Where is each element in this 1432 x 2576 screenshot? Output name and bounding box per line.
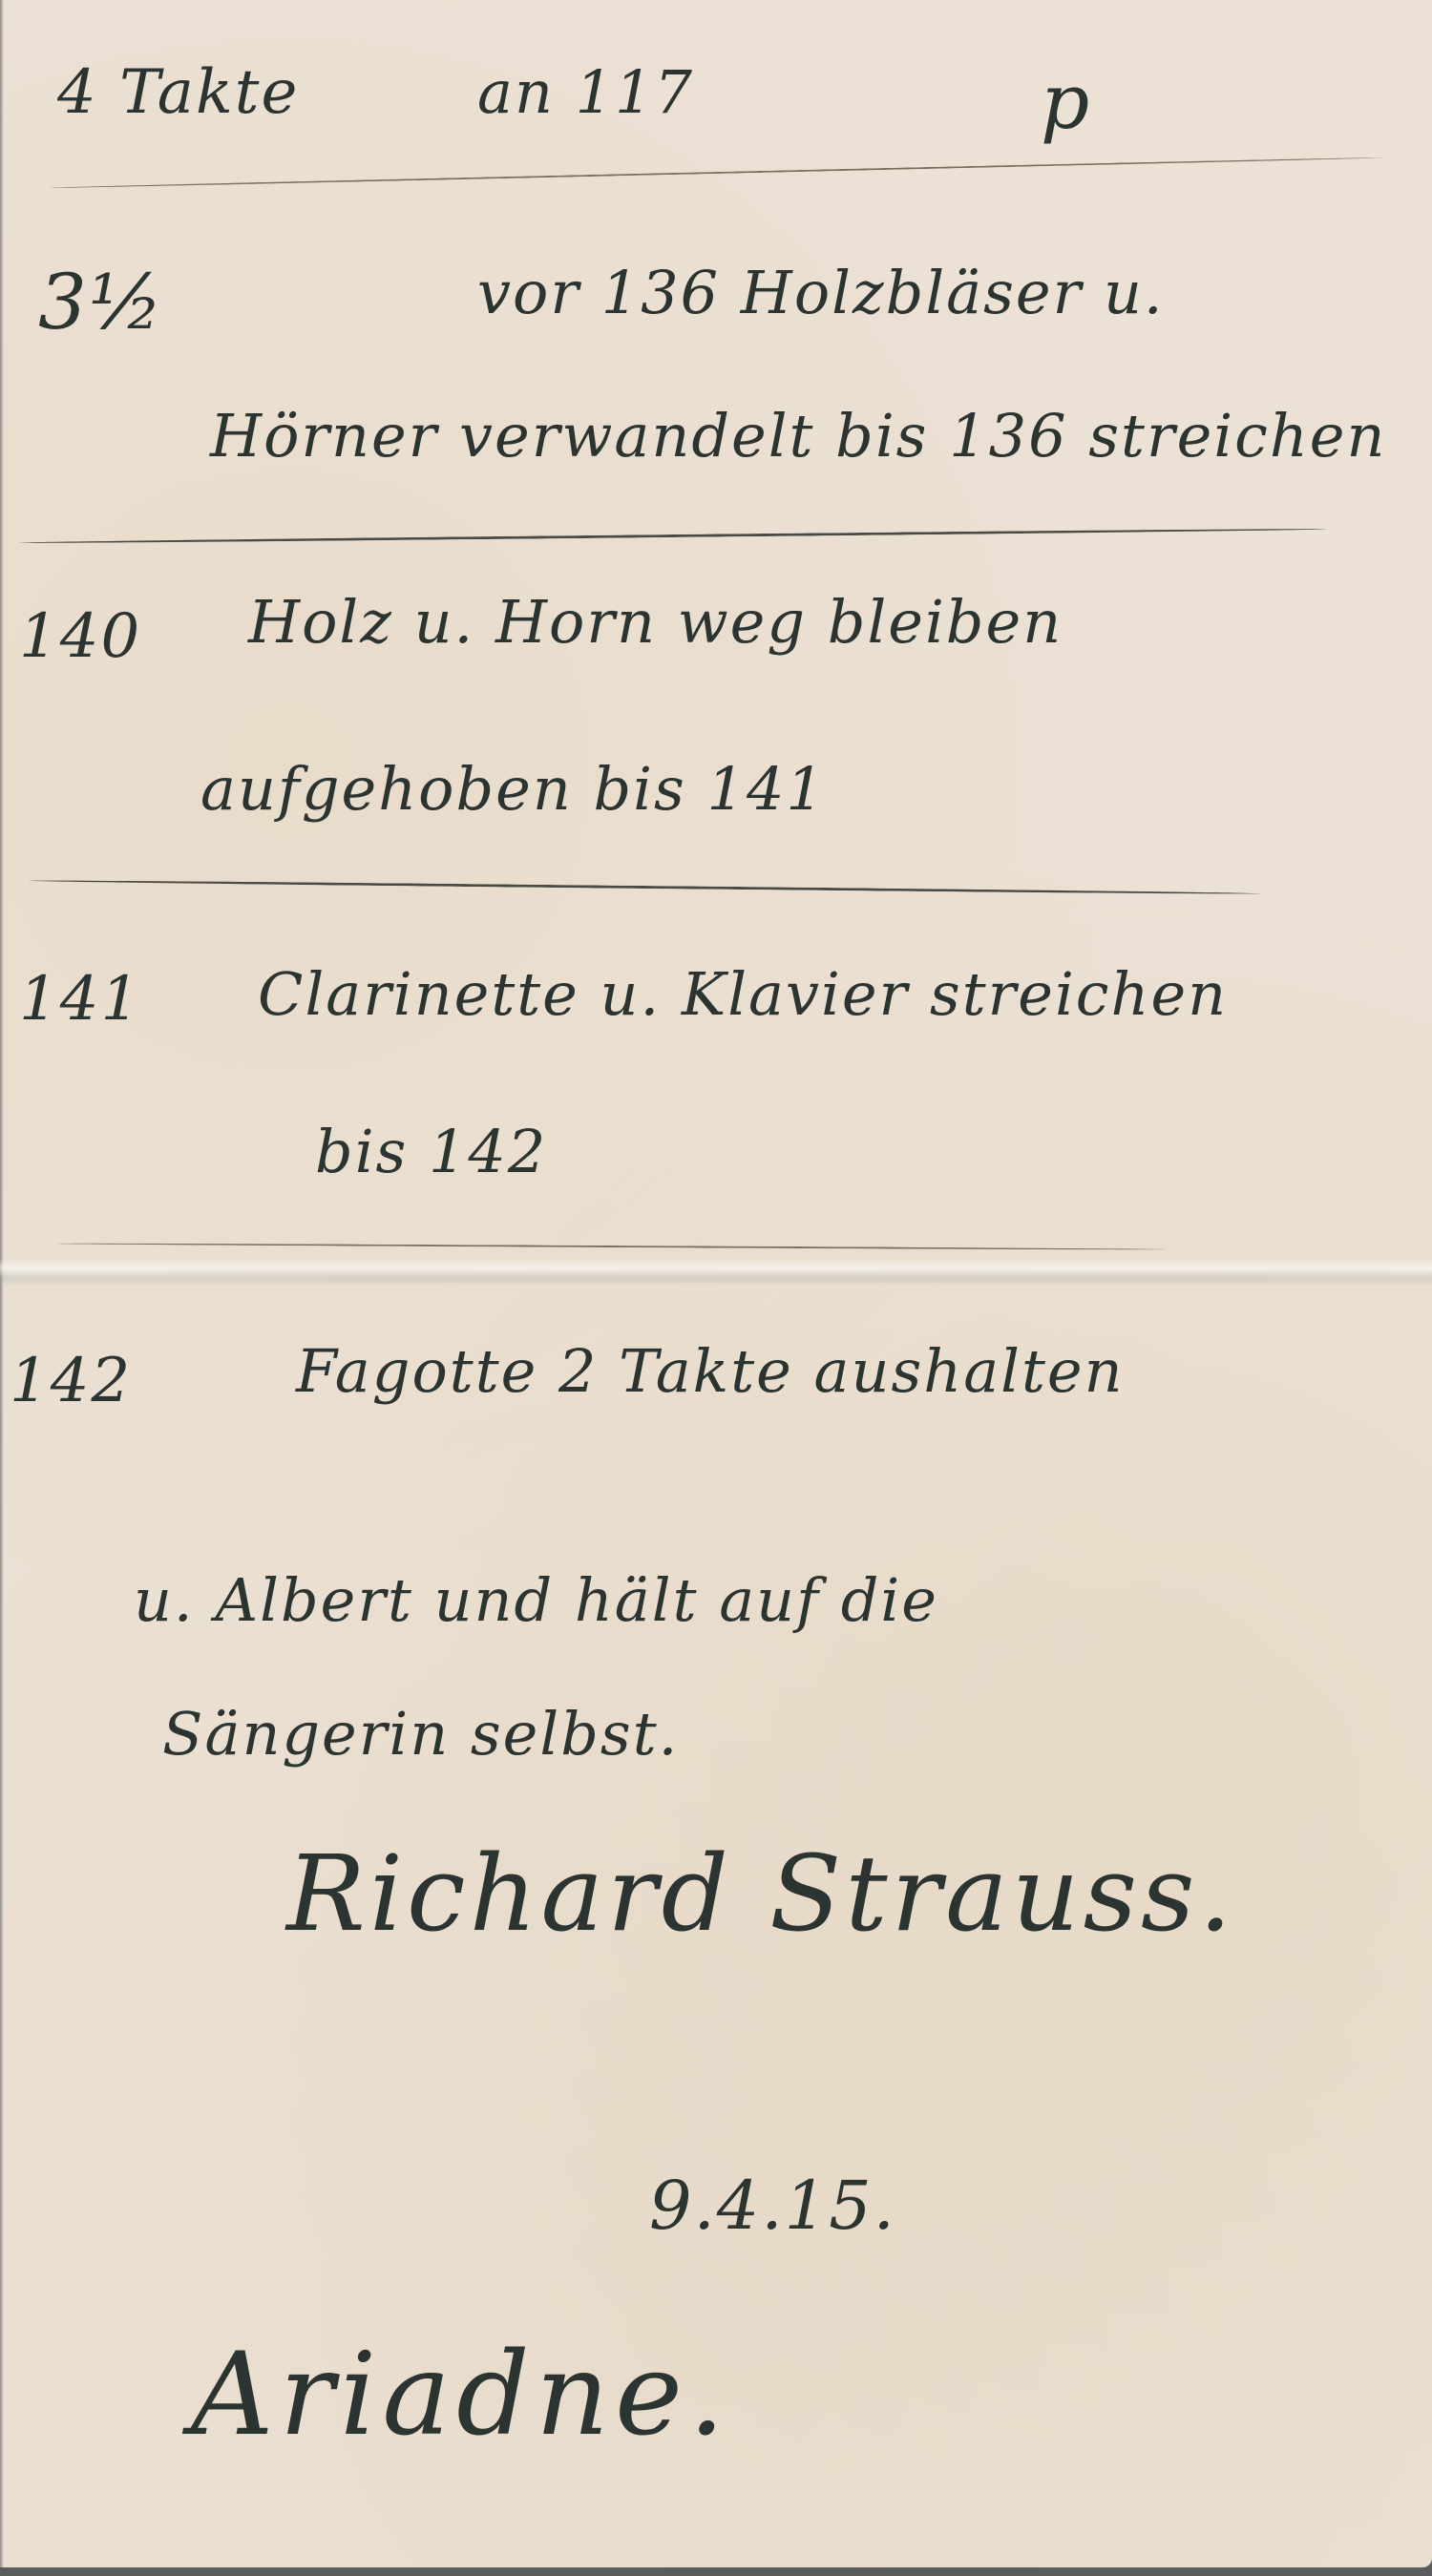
entry-5-measure: 142 xyxy=(10,1346,132,1416)
paper-fold-crease xyxy=(0,1258,1432,1287)
entry-2-measure: 3½ xyxy=(38,258,164,346)
entry-3-text: Holz u. Horn weg bleiben xyxy=(248,587,1063,657)
entry-1-dynamic: p xyxy=(1041,57,1091,146)
entry-3-measure: 140 xyxy=(19,601,141,672)
entry-5-continuation-2: Sängerin selbst. xyxy=(162,1699,679,1769)
entry-4-continuation: bis 142 xyxy=(315,1117,547,1186)
entry-5-text: Fagotte 2 Takte aushalten xyxy=(296,1336,1125,1406)
divider-line xyxy=(19,528,1327,544)
date: 9.4.15. xyxy=(649,2167,896,2245)
entry-4-measure: 141 xyxy=(19,964,141,1035)
signature: Richard Strauss. xyxy=(286,1833,1235,1955)
divider-line xyxy=(48,157,1384,189)
entry-4-text: Clarinette u. Klavier streichen xyxy=(258,959,1228,1029)
entry-1-text: an 117 xyxy=(477,57,694,127)
entry-2-continuation: Hörner verwandelt bis 136 streichen xyxy=(210,401,1386,471)
title: Ariadne. xyxy=(191,2329,730,2461)
divider-line xyxy=(29,879,1260,895)
entry-5-continuation: u. Albert und hält auf die xyxy=(134,1565,938,1635)
divider-line xyxy=(57,1243,1165,1250)
paper-sheet: 4 Takte an 117 p 3½ vor 136 Holzbläser u… xyxy=(0,0,1432,2567)
entry-3-continuation: aufgehoben bis 141 xyxy=(200,754,826,824)
entry-2-text: vor 136 Holzbläser u. xyxy=(477,258,1165,327)
entry-1-measure: 4 Takte xyxy=(57,57,299,128)
